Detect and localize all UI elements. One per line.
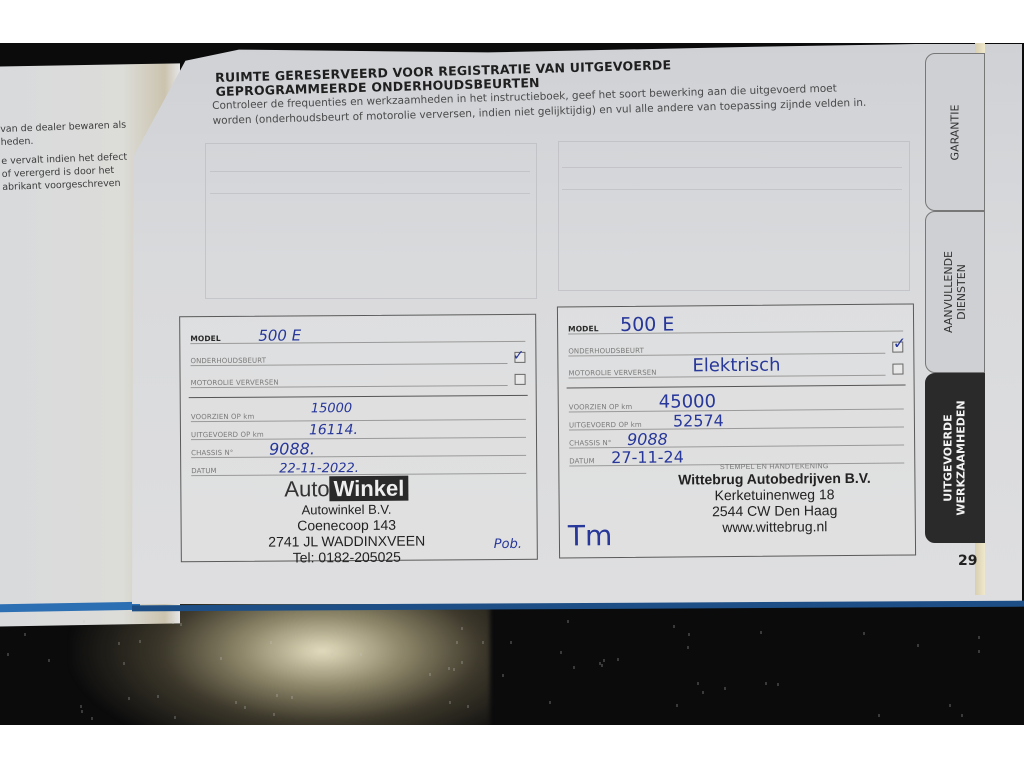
model-value: 500 E <box>258 326 301 344</box>
carpet-speck <box>724 687 726 690</box>
carpet-speck <box>765 682 767 685</box>
carpet-speck <box>688 633 690 636</box>
carpet-speck <box>172 621 174 624</box>
carpet-speck <box>273 713 275 716</box>
carpet-speck <box>777 683 779 686</box>
dealer-stamp-wittebrug: STEMPEL EN HANDTEKENING Wittebrug Autobe… <box>639 462 910 535</box>
check-icon: ✓ <box>893 338 907 349</box>
model-label: MODEL <box>568 324 599 333</box>
carpet-speck <box>453 668 455 671</box>
carpet-speck <box>878 714 880 717</box>
tab-garantie[interactable]: GARANTIE <box>925 53 985 211</box>
carpet-speck <box>180 623 182 626</box>
voorzien-value: 15000 <box>311 401 352 416</box>
carpet-speck <box>270 641 272 644</box>
carpet-speck <box>331 653 333 656</box>
carpet-speck <box>760 631 762 634</box>
tab-uitgevoerde-werkzaamheden[interactable]: UITGEVOERDE WERKZAAMHEDEN <box>925 373 985 543</box>
carpet-speck <box>676 704 678 707</box>
carpet-speck <box>603 659 605 662</box>
carpet-speck <box>978 636 980 639</box>
carpet-speck <box>560 651 562 654</box>
model-value: 500 E <box>620 314 675 336</box>
carpet-speck <box>7 653 9 656</box>
carpet-speck <box>244 706 246 709</box>
carpet-speck <box>978 650 980 653</box>
carpet-speck <box>123 662 125 665</box>
carpet-speck <box>917 644 919 647</box>
empty-record-box <box>205 143 537 299</box>
carpet-speck <box>174 716 176 719</box>
signature: Pob. <box>494 537 522 552</box>
carpet-speck <box>291 696 293 699</box>
stamp-brand-right: Winkel <box>330 476 409 502</box>
carpet-speck <box>567 620 569 623</box>
carpet-speck <box>467 705 469 708</box>
carpet-speck <box>949 704 951 707</box>
carpet-speck <box>128 697 130 700</box>
empty-record-box <box>558 141 910 291</box>
carpet-speck <box>83 620 85 623</box>
carpet-speck <box>220 657 222 660</box>
motorolie-checkbox[interactable] <box>515 374 526 385</box>
carpet-speck <box>24 633 26 636</box>
carpet-speck <box>482 641 484 644</box>
carpet-speck <box>235 701 237 704</box>
carpet-speck <box>673 625 675 628</box>
carpet-speck <box>429 673 431 676</box>
carpet-speck <box>48 659 50 662</box>
uitgevoerd-value: 16114. <box>309 422 358 438</box>
carpet-speck <box>360 653 362 656</box>
carpet-speck <box>961 714 963 717</box>
carpet-speck <box>687 646 689 649</box>
carpet-speck <box>863 632 865 635</box>
datum-value: 22-11-2022. <box>279 461 359 477</box>
carpet-speck <box>461 627 463 630</box>
motorolie-checkbox[interactable] <box>892 364 903 375</box>
service-record-2: MODEL 500 E ONDERHOUDSBEURT ✓ MOTOROLIE … <box>557 303 916 558</box>
carpet-speck <box>502 674 504 677</box>
carpet-speck <box>118 642 120 645</box>
page-number: 29 <box>958 553 977 569</box>
stamp-brand-left: Auto <box>284 476 329 501</box>
carpet-speck <box>448 667 450 670</box>
carpet-speck <box>702 691 704 694</box>
carpet-speck <box>157 695 159 698</box>
carpet-speck <box>456 641 458 644</box>
service-record-1: MODEL 500 E ONDERHOUDSBEURT ✓ MOTOROLIE … <box>179 314 538 562</box>
carpet-speck <box>697 682 699 685</box>
datum-label: DATUM <box>191 467 217 475</box>
carpet-speck <box>601 664 603 667</box>
carpet-speck <box>449 701 451 704</box>
tab-aanvullende-diensten[interactable]: AANVULLENDE DIENSTEN <box>925 211 985 373</box>
model-label: MODEL <box>190 334 221 343</box>
dealer-stamp-autowinkel: AutoWinkel Autowinkel B.V. Coenecoop 143… <box>201 475 492 566</box>
carpet-speck <box>81 710 83 713</box>
carpet-speck <box>617 658 619 661</box>
carpet-speck <box>461 661 463 664</box>
carpet-speck <box>573 666 575 669</box>
carpet-speck <box>276 694 278 697</box>
carpet-speck <box>510 641 512 644</box>
carpet-speck <box>80 705 82 708</box>
carpet-speck <box>91 717 93 720</box>
motorolie-note: Elektrisch <box>692 355 780 377</box>
carpet-speck <box>549 701 551 704</box>
photo-background: van de dealer bewaren als heden. e verva… <box>0 43 1024 725</box>
carpet-speck <box>139 640 141 643</box>
datum-label: DATUM <box>569 457 595 465</box>
signature: Tm <box>568 519 613 552</box>
check-icon: ✓ <box>513 351 525 362</box>
